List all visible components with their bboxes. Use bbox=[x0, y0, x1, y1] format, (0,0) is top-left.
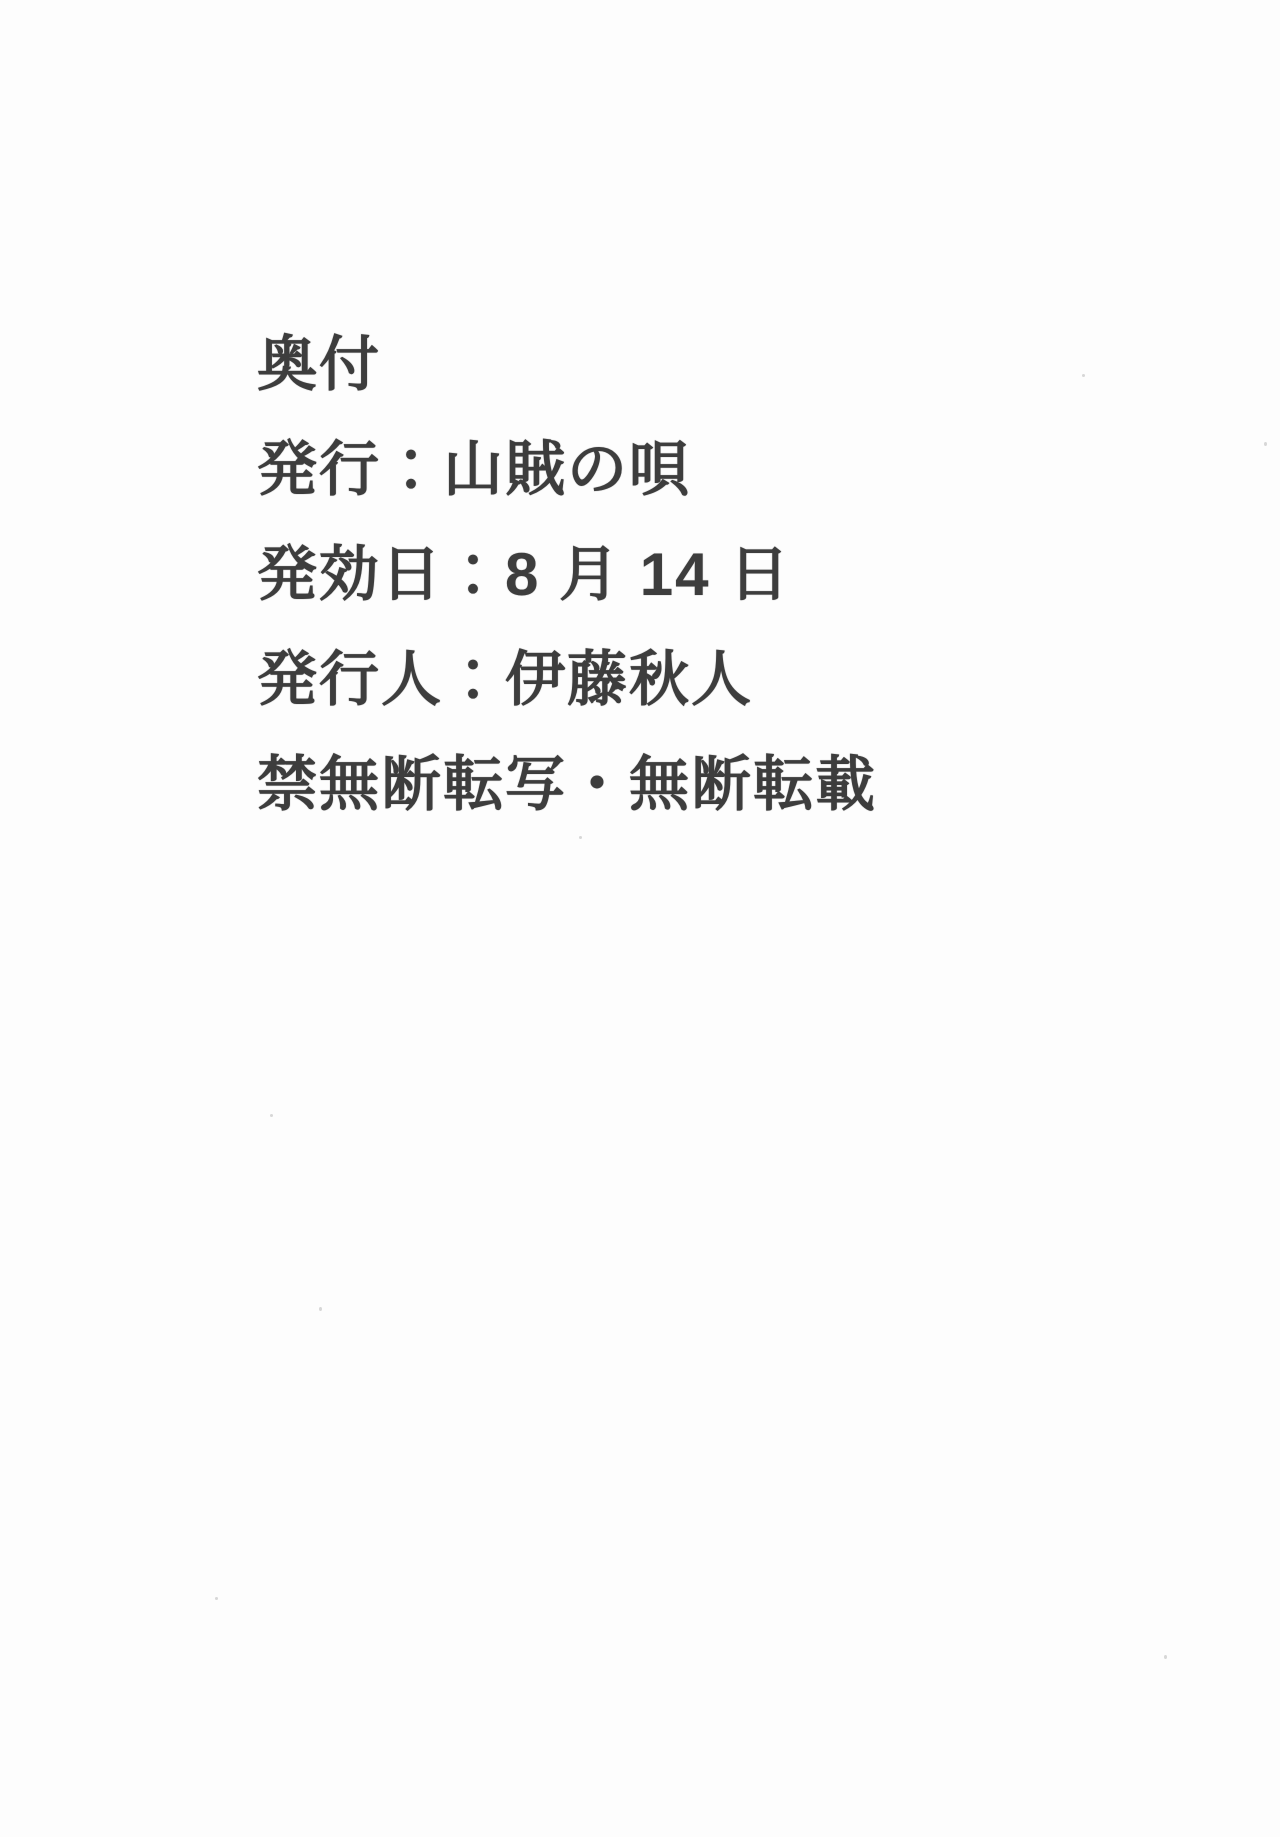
scan-speck bbox=[1264, 442, 1267, 446]
issuer-line: 発行人：伊藤秋人 bbox=[257, 627, 877, 732]
colophon-block: 奥付 発行：山賊の唄 発効日：8 月 14 日 発行人：伊藤秋人 禁無断転写・無… bbox=[257, 312, 877, 837]
scan-speck bbox=[1082, 374, 1085, 377]
scan-speck bbox=[270, 1114, 273, 1117]
scan-speck bbox=[319, 1307, 322, 1311]
scanned-page: 奥付 発行：山賊の唄 発効日：8 月 14 日 発行人：伊藤秋人 禁無断転写・無… bbox=[0, 0, 1280, 1837]
copyright-notice-line: 禁無断転写・無断転載 bbox=[257, 732, 877, 837]
colophon-title: 奥付 bbox=[257, 312, 877, 417]
effective-date-line: 発効日：8 月 14 日 bbox=[257, 522, 877, 627]
scan-speck bbox=[1164, 1655, 1167, 1659]
scan-speck bbox=[215, 1597, 218, 1600]
scan-speck bbox=[579, 836, 582, 839]
publisher-line: 発行：山賊の唄 bbox=[257, 417, 877, 522]
